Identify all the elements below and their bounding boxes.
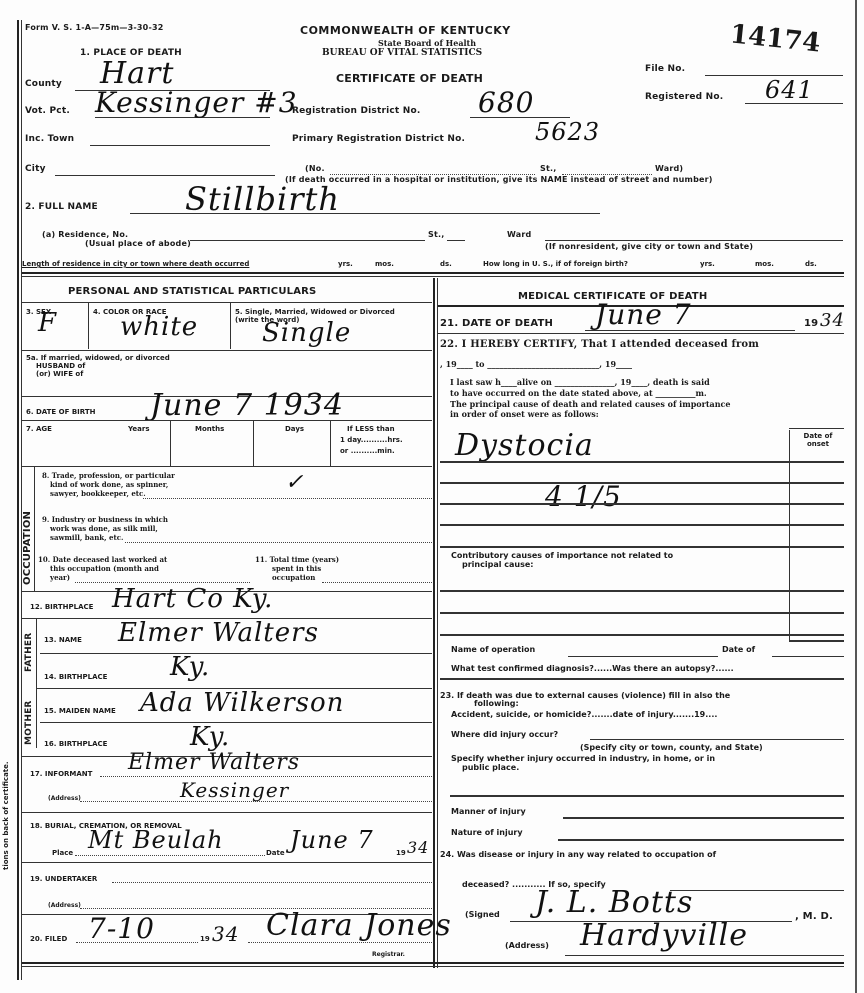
certify-line2: , 19____ to ____________________________… <box>440 360 632 368</box>
trade-line <box>143 498 432 499</box>
father-name-label: 13. NAME <box>44 636 82 644</box>
address-label: (Address) <box>505 942 549 950</box>
left-border <box>17 20 19 980</box>
contrib-line-2 <box>440 612 844 614</box>
accident-label: Accident, suicide, or homicide?.......da… <box>451 711 717 719</box>
spouse-label-1: 5a. If married, widowed, or divorced <box>26 354 170 362</box>
how-long-mos: mos. <box>755 260 774 268</box>
informant-value: Elmer Walters <box>128 750 300 775</box>
row-line-17 <box>22 812 432 813</box>
onset-bottom-line <box>789 640 844 642</box>
row-line-13 <box>40 653 432 654</box>
row-line-21 <box>438 333 844 334</box>
how-long-ds: ds. <box>805 260 817 268</box>
less-than-label-3: or ..........min. <box>340 447 395 455</box>
occurred-line: to have occurred on the date stated abov… <box>450 389 707 397</box>
age-years-label: Years <box>128 425 150 433</box>
city-label: City <box>25 164 46 174</box>
age-months-label: Months <box>195 425 224 433</box>
color-value: white <box>120 312 198 342</box>
primary-district-label: Primary Registration District No. <box>292 134 465 144</box>
primary-district-value: 5623 <box>535 118 600 146</box>
vot-pct-label: Vot. Pct. <box>25 106 70 116</box>
bottom-border <box>22 962 844 964</box>
column-divider <box>433 278 435 968</box>
burial-place-label: Place <box>52 849 73 857</box>
registered-no-value: 641 <box>765 76 814 104</box>
inc-town-line <box>90 145 270 146</box>
principal-line-2: in order of onset were as follows: <box>450 410 599 418</box>
birthplace-label: 12. BIRTHPLACE <box>30 603 93 611</box>
city-no-label: (No. <box>305 164 325 173</box>
undertaker-label: 19. UNDERTAKER <box>30 875 97 883</box>
commonwealth-heading: COMMONWEALTH OF KENTUCKY <box>300 24 511 37</box>
registration-district-value: 680 <box>478 86 534 119</box>
row-line-7 <box>22 466 432 467</box>
certify-label: 22. I HEREBY CERTIFY, That I attended de… <box>440 339 759 350</box>
total-time-label-3: occupation <box>272 574 315 582</box>
age-years-divider <box>170 420 171 466</box>
cause-line-1 <box>440 461 844 463</box>
bureau-heading: BUREAU OF VITAL STATISTICS <box>322 48 482 58</box>
board-heading: State Board of Health <box>378 38 476 48</box>
length-mos: mos. <box>375 260 394 268</box>
operation-line <box>568 656 718 657</box>
specify-line <box>450 795 844 797</box>
margin-note: tions on back of certificate. <box>2 761 10 870</box>
length-ds: ds. <box>440 260 452 268</box>
occupation-side-divider <box>34 466 35 591</box>
informant-label: 17. INFORMANT <box>30 770 92 778</box>
header-divider <box>22 272 844 274</box>
how-long-label: How long in U. S., if of foreign birth? <box>483 260 628 268</box>
color-divider <box>230 303 231 349</box>
vot-pct-value: Kessinger #3 <box>95 86 298 119</box>
last-worked-label-3: year) <box>50 574 70 582</box>
dob-label: 6. DATE OF BIRTH <box>26 408 95 416</box>
form-id: Form V. S. 1-A—75m—3-30-32 <box>25 23 164 32</box>
burial-date-label: Date <box>266 849 285 857</box>
principal-line-1: The principal cause of death and related… <box>450 400 731 408</box>
mother-name-label: 15. MAIDEN NAME <box>44 707 116 715</box>
filed-date-value: 7-10 <box>88 912 155 945</box>
residence-ward-label: Ward <box>507 230 531 239</box>
father-birthplace-label: 14. BIRTHPLACE <box>44 673 107 681</box>
age-months-divider <box>253 420 254 466</box>
burial-place-line <box>75 855 265 856</box>
where-label: Where did injury occur? <box>451 731 558 739</box>
age-days-label: Days <box>285 425 304 433</box>
bottom-border-2 <box>22 966 844 967</box>
trade-value: ✓ <box>285 470 304 495</box>
residence-st-label: St., <box>428 230 444 239</box>
undertaker-address-label: (Address) <box>48 902 81 910</box>
cause-note: 4 1/5 <box>545 480 622 513</box>
specify-label-2: public place. <box>462 764 519 772</box>
residence-label: (a) Residence, No. <box>42 230 128 239</box>
spouse-label-3: (or) WIFE of <box>36 370 83 378</box>
less-than-label-1: If LESS than <box>347 425 395 433</box>
cause-line-5 <box>440 546 844 548</box>
left-border-inner <box>21 20 22 980</box>
father-side-label: FATHER <box>24 633 34 672</box>
total-time-line <box>322 582 432 583</box>
birthplace-value: Hart Co Ky. <box>112 584 273 614</box>
address-value: Hardyville <box>580 918 748 953</box>
occupation-related-label: 24. Was disease or injury in any way rel… <box>440 851 716 859</box>
filed-year-value: 34 <box>212 922 239 946</box>
sex-divider <box>88 303 89 349</box>
informant-address-label: (Address) <box>48 795 81 803</box>
city-ward-label: Ward) <box>655 164 683 173</box>
informant-line <box>100 776 432 777</box>
age-label: 7. AGE <box>26 425 52 433</box>
residence-line <box>190 240 425 241</box>
filed-label: 20. FILED <box>30 935 67 943</box>
header-divider-2 <box>22 276 844 277</box>
length-yrs: yrs. <box>338 260 353 268</box>
residence-ward-line <box>545 240 843 241</box>
deceased-line <box>670 890 844 891</box>
specify-label-1: Specify whether injury occurred in indus… <box>451 755 715 763</box>
registrar-value: Clara Jones <box>266 908 452 943</box>
marital-value: Single <box>262 318 351 348</box>
father-birthplace-value: Ky. <box>170 652 210 682</box>
mother-birthplace-value: Ky. <box>190 722 230 752</box>
row-line-test <box>440 678 844 680</box>
last-worked-label-2: this occupation (month and <box>50 565 159 573</box>
last-saw-line: I last saw h____alive on _______________… <box>450 378 710 386</box>
nonresident-note: (If nonresident, give city or town and S… <box>545 242 753 251</box>
industry-label-1: 9. Industry or business in which <box>42 516 168 524</box>
registrar-label: Registrar. <box>372 951 405 959</box>
city-st-label: St., <box>540 164 556 173</box>
industry-label-2: work was done, as silk mill, <box>50 525 158 533</box>
father-name-value: Elmer Walters <box>118 618 319 648</box>
row-line-18 <box>22 862 432 863</box>
date-of-death-label: 21. DATE OF DEATH <box>440 318 553 329</box>
onset-top-line <box>789 428 844 429</box>
industry-label-3: sawmill, bank, etc. <box>50 534 123 542</box>
contributory-label-2: principal cause: <box>462 561 533 569</box>
personal-title-line <box>22 302 432 303</box>
date-of-death-year-value: 34 <box>820 310 845 331</box>
manner-label: Manner of injury <box>451 808 526 816</box>
where-sub: (Specify city or town, county, and State… <box>580 744 763 752</box>
file-no-label: File No. <box>645 64 685 74</box>
external-label-2: following: <box>474 700 519 708</box>
spouse-label-2: HUSBAND of <box>36 362 85 370</box>
burial-year-value: 34 <box>407 838 429 857</box>
county-label: County <box>25 79 62 89</box>
cause-line-2 <box>440 482 844 484</box>
total-time-label-2: spent in this <box>272 565 321 573</box>
residence-st-line <box>447 240 465 241</box>
date-of-onset-label: Date of onset <box>795 432 841 448</box>
address-line <box>565 955 844 956</box>
registration-district-label: Registration District No. <box>292 106 421 116</box>
cause-value: Dystocia <box>455 428 594 463</box>
burial-year-prefix: 19 <box>396 849 406 857</box>
operation-date-label: Date of <box>722 646 755 654</box>
right-edge <box>855 0 857 993</box>
registered-no-label: Registered No. <box>645 92 723 102</box>
occupation-side-label: OCCUPATION <box>22 511 33 585</box>
less-than-label-2: 1 day..........hrs. <box>340 436 403 444</box>
certificate-title: CERTIFICATE OF DEATH <box>336 72 483 85</box>
death-certificate: tions on back of certificate. Form V. S.… <box>0 0 864 993</box>
cause-line-3 <box>440 503 844 505</box>
nature-label: Nature of injury <box>451 829 523 837</box>
mother-side-label: MOTHER <box>24 700 34 745</box>
personal-section-title: PERSONAL AND STATISTICAL PARTICULARS <box>68 286 316 297</box>
contrib-line-3 <box>440 634 844 636</box>
where-line <box>590 739 844 740</box>
total-time-label-1: 11. Total time (years) <box>255 556 339 564</box>
md-label: , M. D. <box>795 911 833 922</box>
manner-line <box>563 817 844 819</box>
date-of-death-year-prefix: 19 <box>804 318 818 329</box>
trade-label-3: sawyer, bookkeeper, etc. <box>50 490 146 498</box>
stamp-number: 14174 <box>729 19 822 58</box>
date-of-death-value: June 7 <box>595 298 692 331</box>
mother-name-value: Ada Wilkerson <box>140 688 344 718</box>
nature-line <box>558 839 844 841</box>
inc-town-label: Inc. Town <box>25 134 74 144</box>
filed-year-prefix: 19 <box>200 935 210 943</box>
dob-value: June 7 1934 <box>150 388 344 423</box>
cause-line-4 <box>440 524 844 526</box>
parents-side-divider <box>36 618 37 748</box>
industry-line <box>125 542 432 543</box>
contributory-label-1: Contributory causes of importance not re… <box>451 552 673 560</box>
how-long-yrs: yrs. <box>700 260 715 268</box>
last-worked-label-1: 10. Date deceased last worked at <box>38 556 167 564</box>
mother-birthplace-label: 16. BIRTHPLACE <box>44 740 107 748</box>
operation-date-line <box>772 656 844 657</box>
column-divider-2 <box>437 278 438 968</box>
burial-date-value: June 7 <box>290 826 374 854</box>
residence-sub: (Usual place of abode) <box>85 239 191 248</box>
row-line-15 <box>40 722 432 723</box>
trade-label-1: 8. Trade, profession, or particular <box>42 472 175 480</box>
hospital-note: (If death occurred in a hospital or inst… <box>285 175 713 184</box>
informant-address-value: Kessinger <box>180 778 289 802</box>
city-line <box>55 175 275 176</box>
last-worked-line <box>75 582 250 583</box>
trade-label-2: kind of work done, as spinner, <box>50 481 168 489</box>
contrib-line-1 <box>440 590 844 592</box>
sex-value: F <box>38 308 57 338</box>
undertaker-line <box>112 882 432 883</box>
row-line-6 <box>22 420 432 421</box>
burial-place-value: Mt Beulah <box>88 826 224 854</box>
length-residence-label: Length of residence in city or town wher… <box>22 260 249 268</box>
row-line-3 <box>22 350 432 351</box>
test-label: What test confirmed diagnosis?......Was … <box>451 665 734 673</box>
signed-value: J. L. Botts <box>535 885 693 920</box>
full-name-label: 2. FULL NAME <box>25 202 98 212</box>
signed-label: (Signed <box>465 911 500 919</box>
full-name-value: Stillbirth <box>185 180 340 218</box>
age-days-divider <box>330 420 331 466</box>
operation-label: Name of operation <box>451 646 535 654</box>
